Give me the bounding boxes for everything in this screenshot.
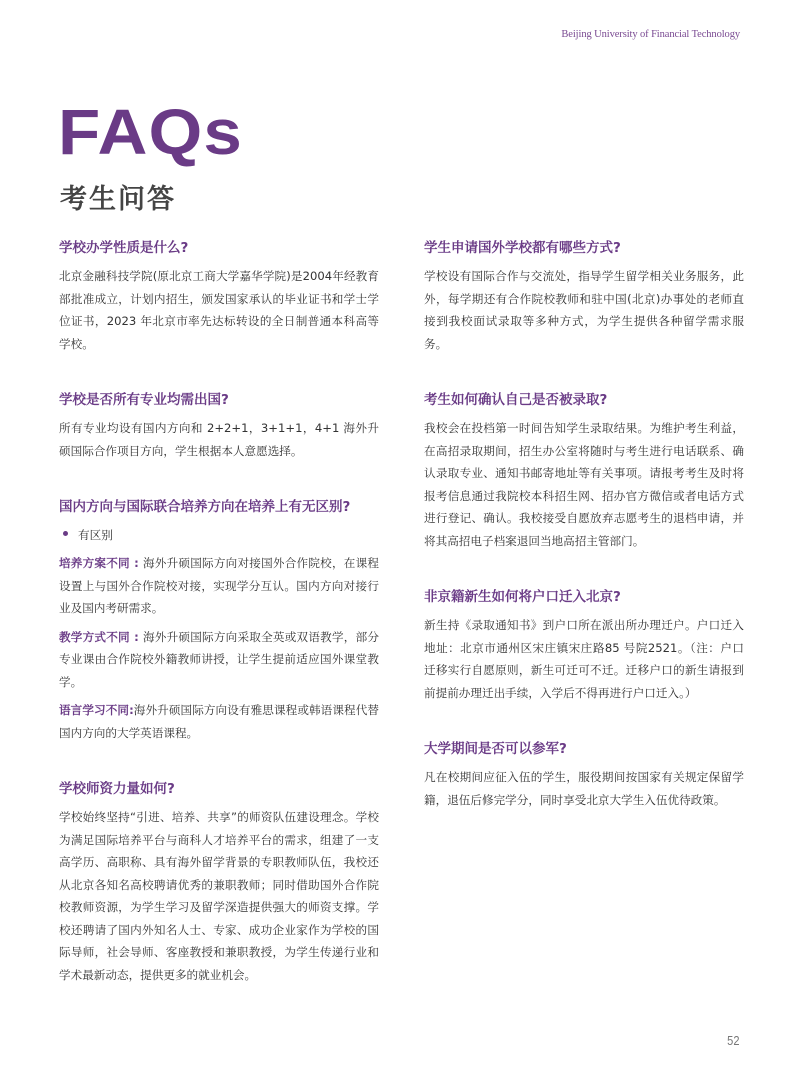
faq-apply-abroad: 学生申请国外学校都有哪些方式? 学校设有国际合作与交流处，指导学生留学相关业务服…	[424, 237, 744, 355]
bullet-dot-icon	[63, 531, 68, 536]
point-label: 教学方式不同 :	[59, 630, 143, 644]
faq-answer: 凡在校期间应征入伍的学生，服役期间按国家有关规定保留学籍，退伍后修完学分，同时享…	[424, 766, 744, 811]
page-subtitle: 考生问答	[60, 177, 176, 216]
faq-answer: 我校会在投档第一时间告知学生录取结果。为维护考生利益，在高招录取期间，招生办公室…	[424, 417, 744, 552]
faq-answer: 新生持《录取通知书》到户口所在派出所办理迁户。户口迁入地址：北京市通州区宋庄镇宋…	[424, 614, 744, 704]
faq-faculty: 学校师资力量如何? 学校始终坚持“引进、培养、共享”的师资队伍建设理念。学校为满…	[59, 778, 379, 986]
faq-answer: 北京金融科技学院(原北京工商大学嘉华学院)是2004年经教育部批准成立，计划内招…	[59, 265, 379, 355]
faq-question: 学生申请国外学校都有哪些方式?	[424, 237, 744, 259]
difference-point: 教学方式不同 : 海外升硕国际方向采取全英或双语教学，部分专业课由合作院校外籍教…	[59, 626, 379, 694]
faq-question: 学校师资力量如何?	[59, 778, 379, 800]
faq-school-nature: 学校办学性质是什么? 北京金融科技学院(原北京工商大学嘉华学院)是2004年经教…	[59, 237, 379, 355]
left-column: 学校办学性质是什么? 北京金融科技学院(原北京工商大学嘉华学院)是2004年经教…	[59, 237, 379, 986]
faq-question: 学校是否所有专业均需出国?	[59, 389, 379, 411]
header-brand: Beijing University of Financial Technolo…	[561, 29, 740, 40]
faq-question: 考生如何确认自己是否被录取?	[424, 389, 744, 411]
faq-hukou-transfer: 非京籍新生如何将户口迁入北京? 新生持《录取通知书》到户口所在派出所办理迁户。户…	[424, 586, 744, 704]
bullet-item: 有区别	[59, 524, 379, 546]
faq-question: 国内方向与国际联合培养方向在培养上有无区别?	[59, 496, 379, 518]
right-column: 学生申请国外学校都有哪些方式? 学校设有国际合作与交流处，指导学生留学相关业务服…	[424, 237, 744, 811]
faq-question: 学校办学性质是什么?	[59, 237, 379, 259]
faq-military-service: 大学期间是否可以参军? 凡在校期间应征入伍的学生，服役期间按国家有关规定保留学籍…	[424, 738, 744, 811]
faq-answer: 学校始终坚持“引进、培养、共享”的师资队伍建设理念。学校为满足国际培养平台与商科…	[59, 806, 379, 986]
faq-study-abroad-required: 学校是否所有专业均需出国? 所有专业均设有国内方向和 2+2+1，3+1+1，4…	[59, 389, 379, 462]
faq-question: 大学期间是否可以参军?	[424, 738, 744, 760]
page-title: FAQs	[58, 100, 243, 164]
difference-point: 语言学习不同:海外升硕国际方向设有雅思课程或韩语课程代替国内方向的大学英语课程。	[59, 699, 379, 744]
bullet-text: 有区别	[78, 528, 113, 542]
faq-answer: 学校设有国际合作与交流处，指导学生留学相关业务服务，此外，每学期还有合作院校教师…	[424, 265, 744, 355]
faq-admission-confirmation: 考生如何确认自己是否被录取? 我校会在投档第一时间告知学生录取结果。为维护考生利…	[424, 389, 744, 552]
faq-answer: 所有专业均设有国内方向和 2+2+1，3+1+1，4+1 海外升硕国际合作项目方…	[59, 417, 379, 462]
difference-point: 培养方案不同 : 海外升硕国际方向对接国外合作院校，在课程设置上与国外合作院校对…	[59, 552, 379, 620]
point-label: 语言学习不同:	[59, 703, 134, 717]
page-number: 52	[727, 1033, 739, 1048]
faq-domestic-vs-international: 国内方向与国际联合培养方向在培养上有无区别? 有区别 培养方案不同 : 海外升硕…	[59, 496, 379, 744]
faq-question: 非京籍新生如何将户口迁入北京?	[424, 586, 744, 608]
point-label: 培养方案不同 :	[59, 556, 143, 570]
